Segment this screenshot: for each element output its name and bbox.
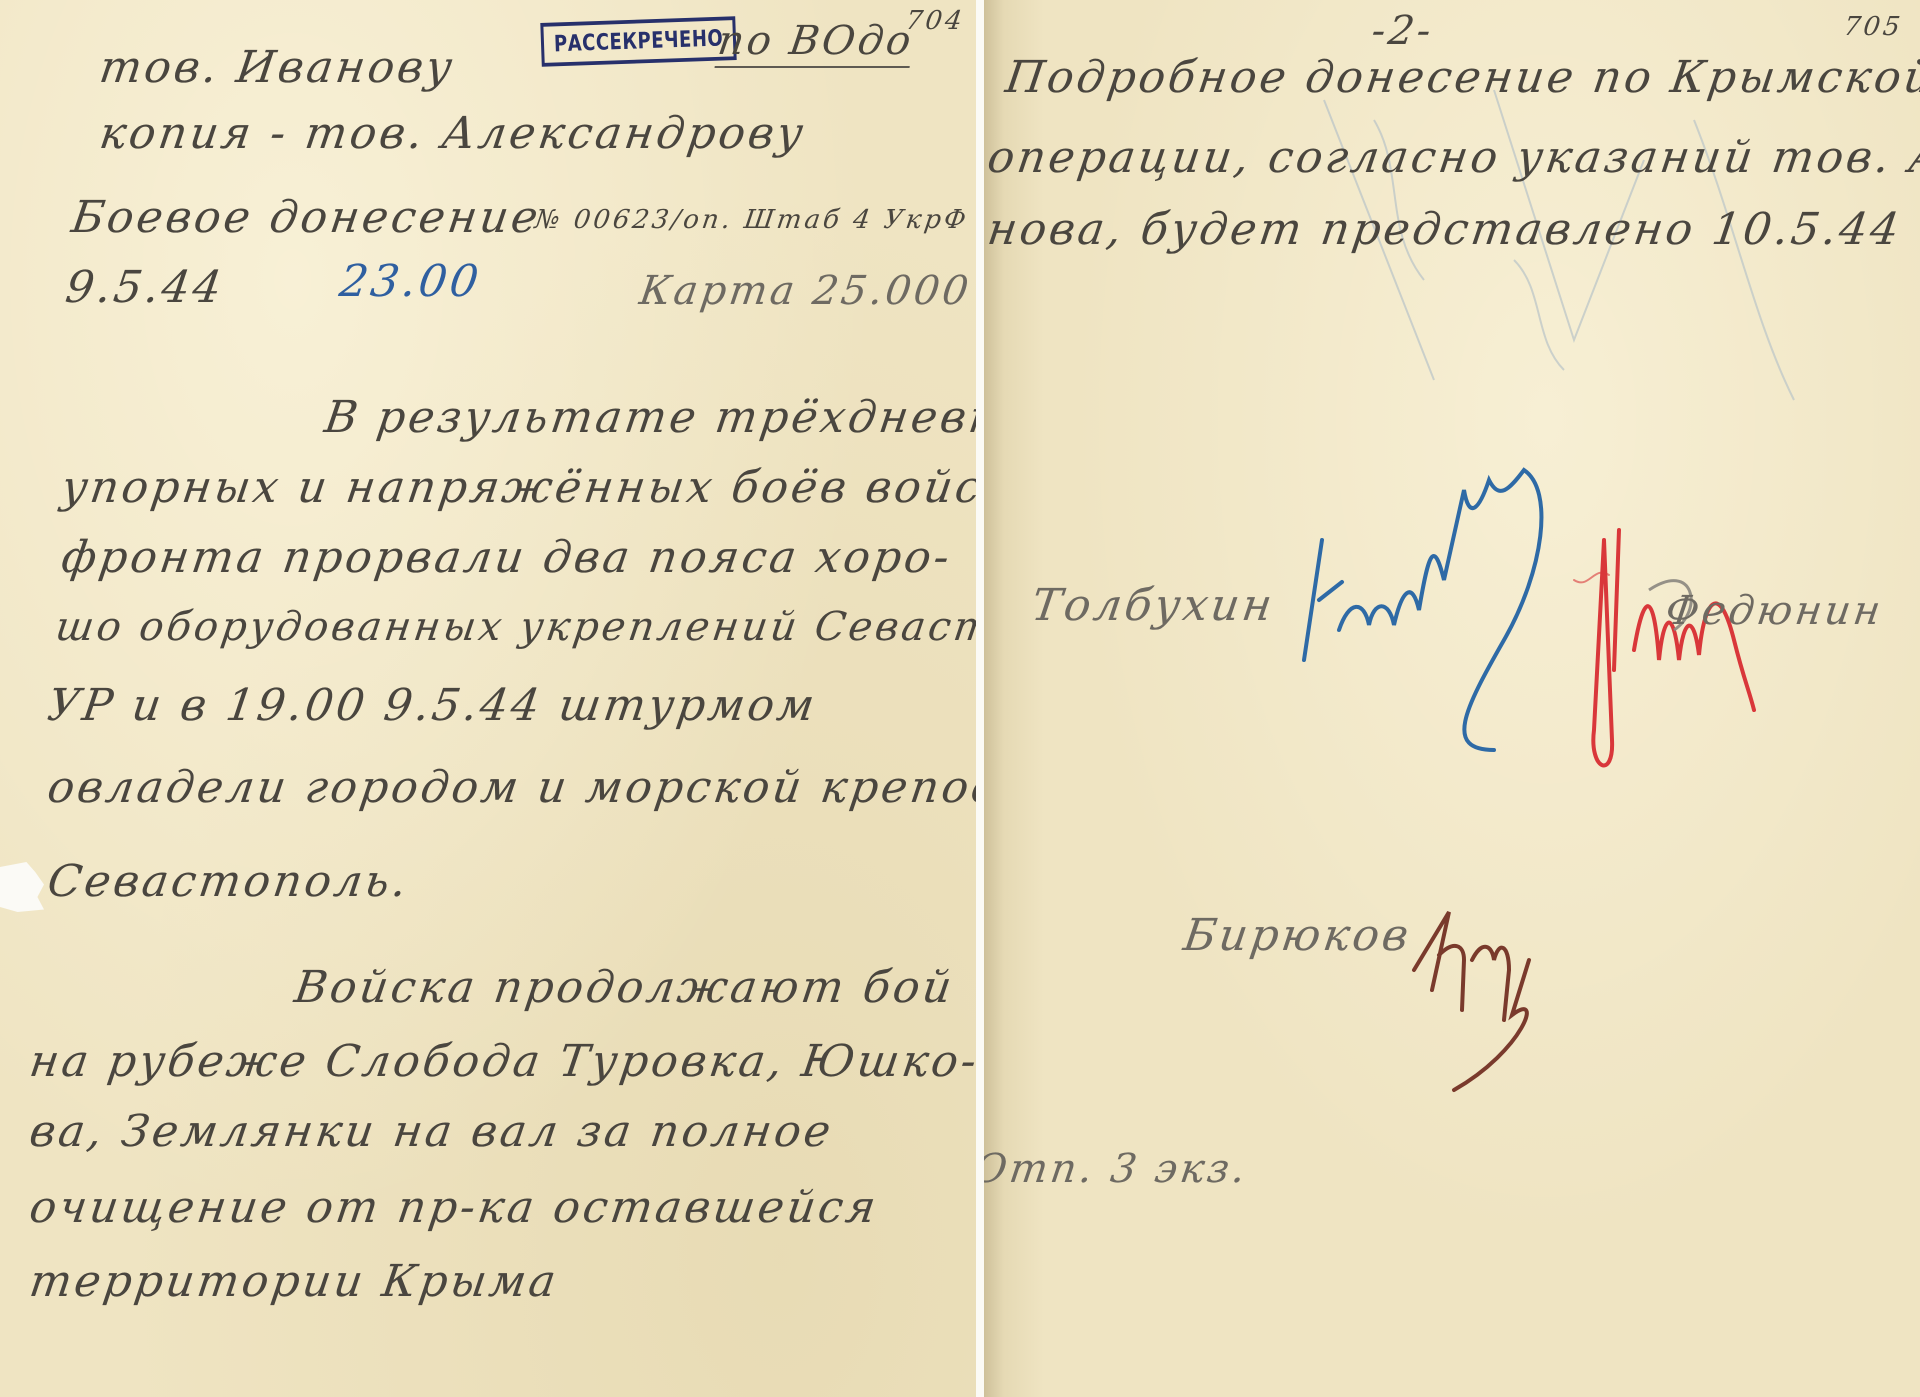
copies-note: Отп. 3 экз.	[984, 1146, 1251, 1192]
signature-typed-name: Толбухин	[1028, 580, 1278, 631]
report-time: 23.00	[336, 256, 484, 307]
report-map: Карта 25.000	[637, 268, 974, 314]
page-gutter	[976, 0, 984, 1397]
page-right: -2- 705 Подробное донесение по Крымской …	[984, 0, 1920, 1397]
text-line: операции, согласно указаний тов. Анто-	[984, 132, 1920, 183]
addressee-line-1: тов. Иванову	[96, 42, 458, 93]
text-line: фронта прорвали два пояса хоро-	[58, 532, 955, 583]
routing-note: по ВОдо	[714, 18, 916, 68]
report-title: Боевое донесение	[68, 192, 544, 243]
archive-page-number: 704	[904, 6, 967, 36]
signature-red	[1554, 520, 1814, 790]
signature-brown	[1394, 900, 1694, 1100]
text-line: Войска продолжают бой	[291, 962, 957, 1013]
report-number: № 00623/оп. Штаб 4 УкрФ	[533, 205, 971, 235]
archive-page-number: 705	[1842, 12, 1905, 42]
text-line: упорных и напряжённых боёв войска	[58, 462, 977, 513]
text-line: УР и в 19.00 9.5.44 штурмом	[44, 680, 820, 731]
signature-typed-name: Бирюков	[1180, 910, 1414, 961]
document-spread: тов. Иванову РАССЕКРЕЧЕНО по ВОдо 704 ко…	[0, 0, 1920, 1397]
text-line: очищение от пр-ка оставшейся	[26, 1182, 881, 1233]
text-line: овладели городом и морской крепостью	[44, 762, 977, 813]
addressee-line-2: копия - тов. Александрову	[96, 108, 809, 159]
text-line: нова, будет представлено 10.5.44	[984, 204, 1905, 255]
text-line: шо оборудованных укреплений Севастопольс…	[53, 604, 977, 650]
declassified-stamp: РАССЕКРЕЧЕНО	[540, 16, 737, 67]
text-line: территории Крыма	[26, 1256, 561, 1307]
report-date: 9.5.44	[62, 262, 227, 313]
text-line: Подробное донесение по Крымской	[1002, 52, 1920, 103]
text-line: В результате трёхдневных	[321, 392, 977, 443]
text-line: Севастополь.	[44, 856, 412, 907]
page-left: тов. Иванову РАССЕКРЕЧЕНО по ВОдо 704 ко…	[0, 0, 977, 1397]
torn-edge	[0, 862, 44, 912]
sheet-number: -2-	[1369, 8, 1437, 54]
signature-blue	[1294, 450, 1594, 770]
text-line: ва, Землянки на вал за полное	[26, 1106, 836, 1157]
signature-typed-name: Федюнин	[1663, 588, 1886, 634]
text-line: на рубеже Слобода Туровка, Юшко-	[26, 1036, 977, 1087]
